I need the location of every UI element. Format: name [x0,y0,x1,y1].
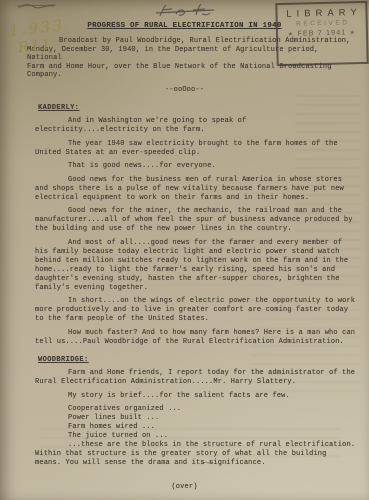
speaker-label-kadderly: KADDERLY: [38,104,369,113]
paragraph: The year 1940 saw electricity brought to… [35,140,356,158]
scanned-document-page: 1.933 R11 LIBRARY RECEIVED ★ FEB 7 1941 … [0,0,369,500]
stamp-date-text: FEB 7 1941 [297,29,346,37]
handwritten-catalog-number: 1.933 R11 [8,16,67,57]
paragraph: And most of all....good news for the far… [35,239,356,293]
stamp-received-text: RECEIVED [278,19,366,28]
paragraph: And in Washington we're going to speak o… [35,117,356,135]
list-item: Power lines built ... [68,414,356,423]
paragraph: How much faster? And to how many farm ho… [35,329,356,347]
building-blocks-list: Cooperatives organized ... Power lines b… [68,405,356,441]
paragraph: Farm and Home friends, I report today fo… [35,369,356,387]
speaker-label-woodbridge: WOODBRIDGE: [38,356,369,365]
crossed-out-scribble [16,0,58,12]
stamp-date: ★ FEB 7 1941 ★ [278,29,366,38]
paragraph: In short....on the wings of electric pow… [35,297,356,324]
stamp-library-text: LIBRARY [277,7,365,20]
page-turn-note: (over) [0,483,369,492]
paragraph: Good news for the miner, the mechanic, t… [35,207,356,234]
list-item: Cooperatives organized ... [68,405,356,414]
pencil-mark [200,459,216,467]
crossed-out-scribble [152,2,222,22]
section-separator: --ooOoo-- [0,86,369,95]
list-item: The juice turned on ... [68,432,356,441]
star-icon: ★ [350,30,357,36]
library-received-stamp: LIBRARY RECEIVED ★ FEB 7 1941 ★ [275,1,369,66]
paragraph: ...these are the blocks in the structure… [35,441,356,468]
paragraph: That is good news....for everyone. [35,162,356,171]
paragraph: Good news for the business men of rural … [35,176,356,203]
star-icon: ★ [288,32,295,38]
document-body: PROGRESS OF RURAL ELECTRIFICATION IN 194… [0,22,369,492]
list-item: Farm homes wired ... [68,423,356,432]
paragraph: My story is brief....for the salient fac… [35,392,356,401]
